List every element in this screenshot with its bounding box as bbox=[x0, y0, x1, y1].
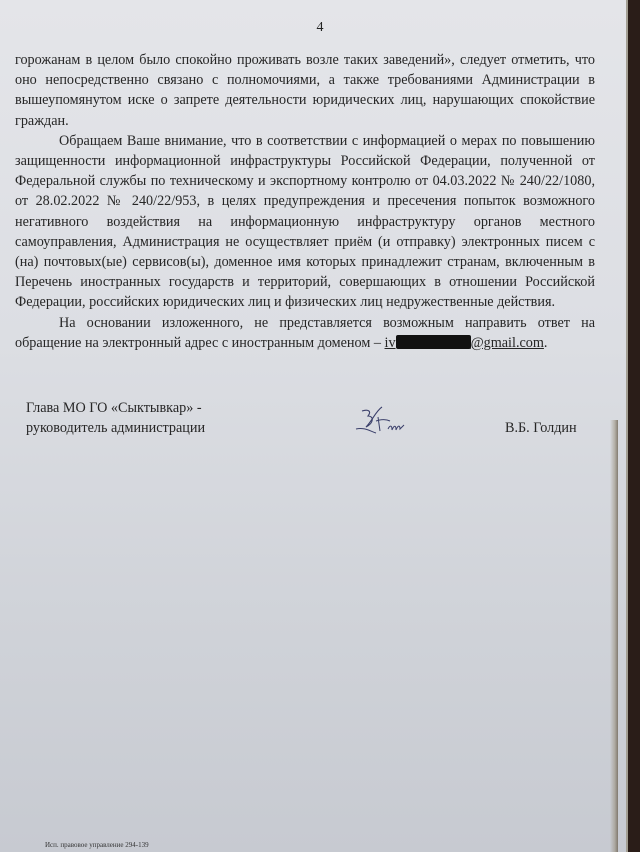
sentence-end: . bbox=[544, 335, 548, 351]
handwritten-signature-icon bbox=[352, 403, 412, 439]
email-address: iv@gmail.com bbox=[385, 335, 544, 351]
paragraph-continuation: горожанам в целом было спокойно проживат… bbox=[15, 50, 595, 131]
page-curl-shadow bbox=[610, 420, 618, 852]
letter-body: горожанам в целом было спокойно проживат… bbox=[15, 50, 595, 353]
page-number: 4 bbox=[0, 20, 640, 36]
signatory-title-line1: Глава МО ГО «Сыктывкар» - bbox=[26, 398, 205, 418]
signatory-title-line2: руководитель администрации bbox=[26, 418, 205, 438]
executor-note: Исп. правовое управление 294-139 bbox=[45, 841, 149, 849]
redacted-block bbox=[396, 335, 471, 349]
email-prefix: iv bbox=[385, 335, 396, 351]
document-page: 4 горожанам в целом было спокойно прожив… bbox=[0, 0, 628, 852]
paragraph-fstec-notice: Обращаем Ваше внимание, что в соответств… bbox=[15, 131, 595, 313]
signer-name: В.Б. Голдин bbox=[505, 420, 577, 437]
signatory-title: Глава МО ГО «Сыктывкар» - руководитель а… bbox=[26, 398, 205, 438]
email-domain: @gmail.com bbox=[471, 335, 544, 351]
paragraph-conclusion: На основании изложенного, не представляе… bbox=[15, 313, 595, 353]
